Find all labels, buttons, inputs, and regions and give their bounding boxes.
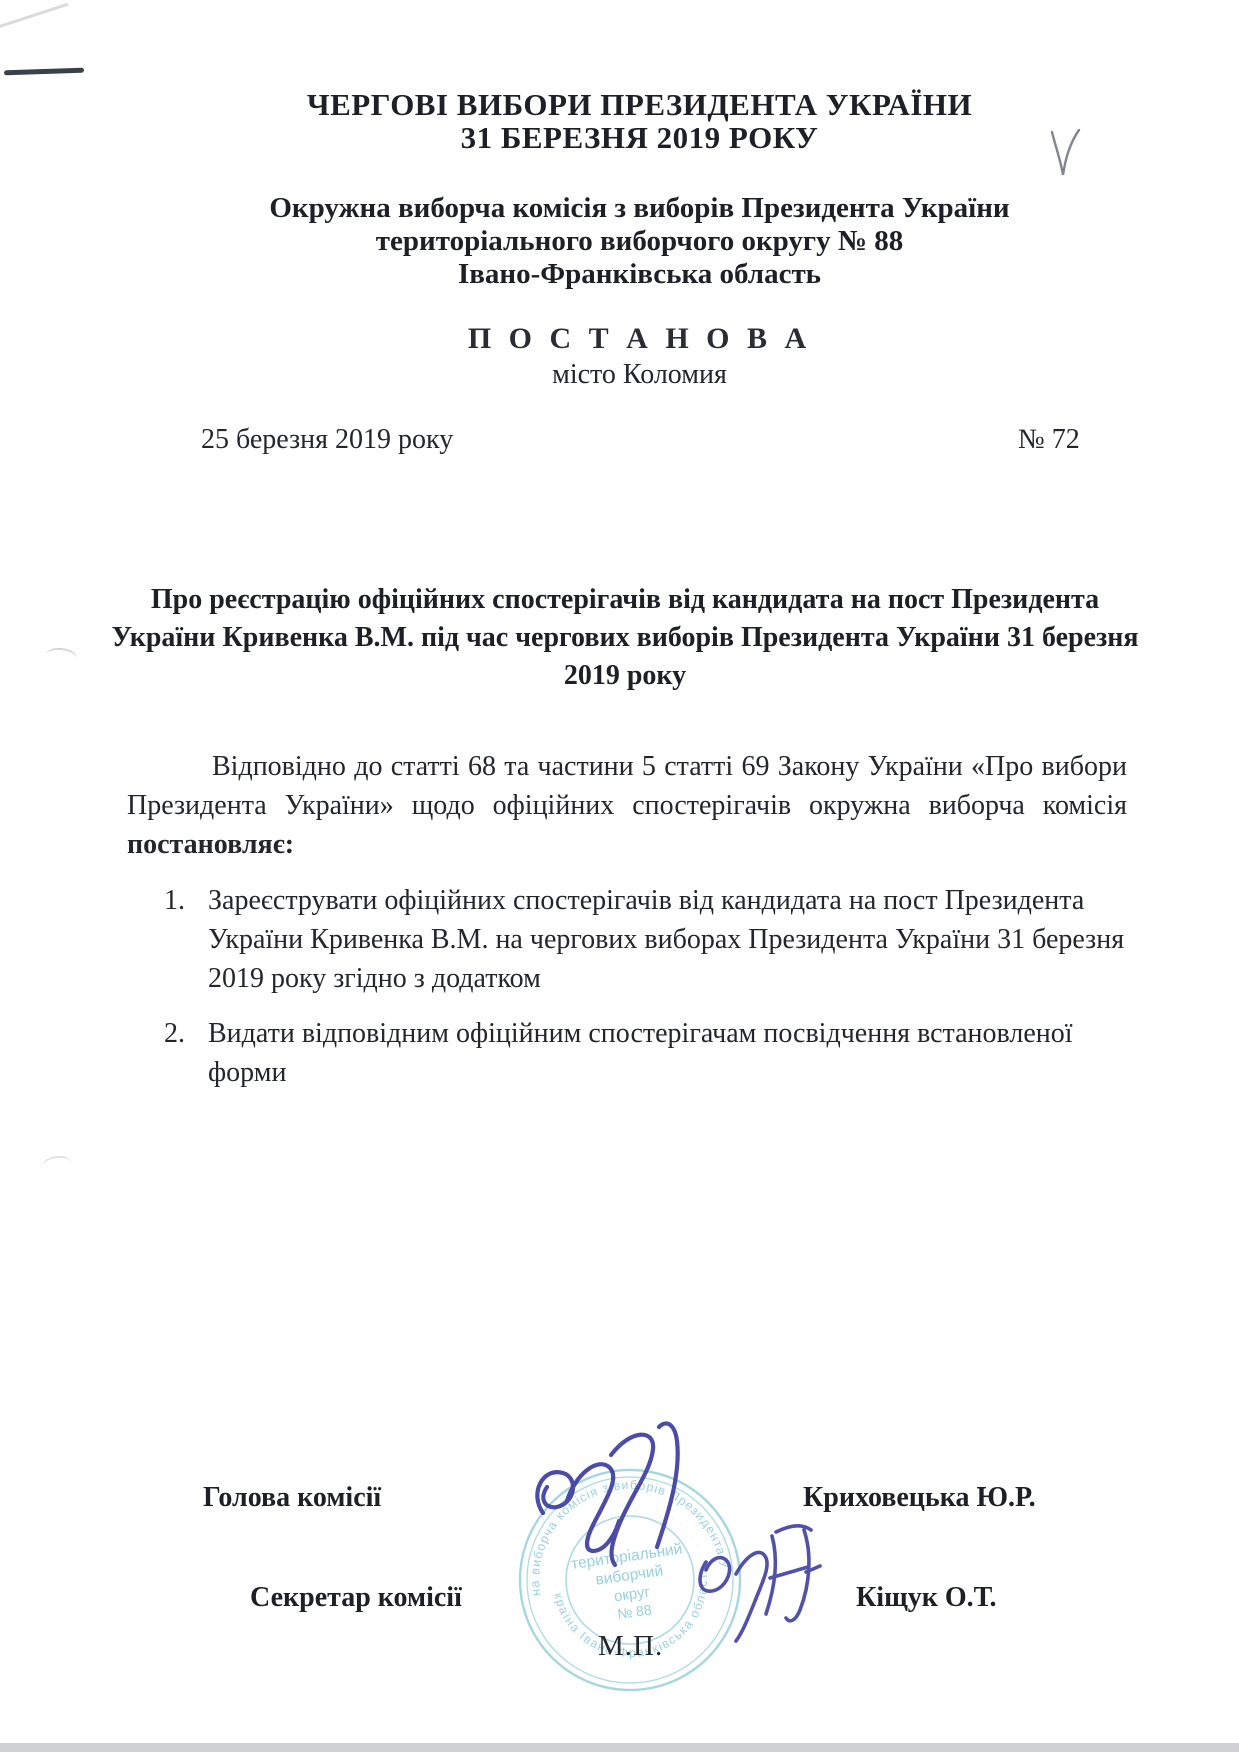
commission-name-line3: Івано-Франківська область (50, 258, 1229, 291)
document-city: місто Коломия (50, 359, 1229, 391)
scan-artifact-arc (44, 646, 78, 667)
document-subject: Про реєстрацію офіційних спостерігачів в… (110, 581, 1140, 695)
scan-edge-strip (0, 1743, 1239, 1752)
document-date: 25 березня 2019 року (201, 424, 453, 456)
document-number: № 72 (1018, 424, 1080, 456)
document-type-title: П О С Т А Н О В А (50, 322, 1229, 356)
signature-name-head: Криховецька Ю.Р. (803, 1482, 1036, 1514)
resolution-2-text: Видати відповідним офіційним спостерігач… (208, 1014, 1128, 1092)
seal-placeholder-label: М.П. (598, 1630, 663, 1663)
resolution-2-number: 2. (164, 1014, 204, 1053)
commission-name-line1: Окружна виборча комісія з виборів Презид… (50, 192, 1229, 225)
signature-role-secretary: Секретар комісії (250, 1582, 462, 1614)
preamble-paragraph: Відповідно до статті 68 та частини 5 ста… (127, 747, 1127, 864)
signature-ink-secretary (688, 1508, 823, 1648)
preamble-resolves-term: постановляє: (127, 829, 294, 860)
preamble-text: Відповідно до статті 68 та частини 5 ста… (127, 751, 1127, 821)
scan-artifact-arc (41, 1154, 73, 1176)
stamp-center-line4: № 88 (616, 1601, 653, 1622)
scanned-document-page: ЧЕРГОВІ ВИБОРИ ПРЕЗИДЕНТА УКРАЇНИ 31 БЕР… (0, 0, 1239, 1752)
resolution-1-text: Зареєструвати офіційних спостерігачів ві… (208, 881, 1128, 998)
signature-ink-head (515, 1413, 690, 1568)
commission-name-line2: територіального виборчого округу № 88 (50, 225, 1229, 258)
resolution-1-number: 1. (164, 881, 204, 920)
election-header-line2: 31 БЕРЕЗНЯ 2019 РОКУ (50, 121, 1229, 154)
scan-artifact-dash (4, 68, 84, 76)
signature-role-head: Голова комісії (203, 1482, 381, 1514)
election-header-line1: ЧЕРГОВІ ВИБОРИ ПРЕЗИДЕНТА УКРАЇНИ (50, 88, 1229, 121)
scan-artifact-corner (0, 3, 68, 32)
signature-name-secretary: Кіщук О.Т. (856, 1582, 997, 1614)
